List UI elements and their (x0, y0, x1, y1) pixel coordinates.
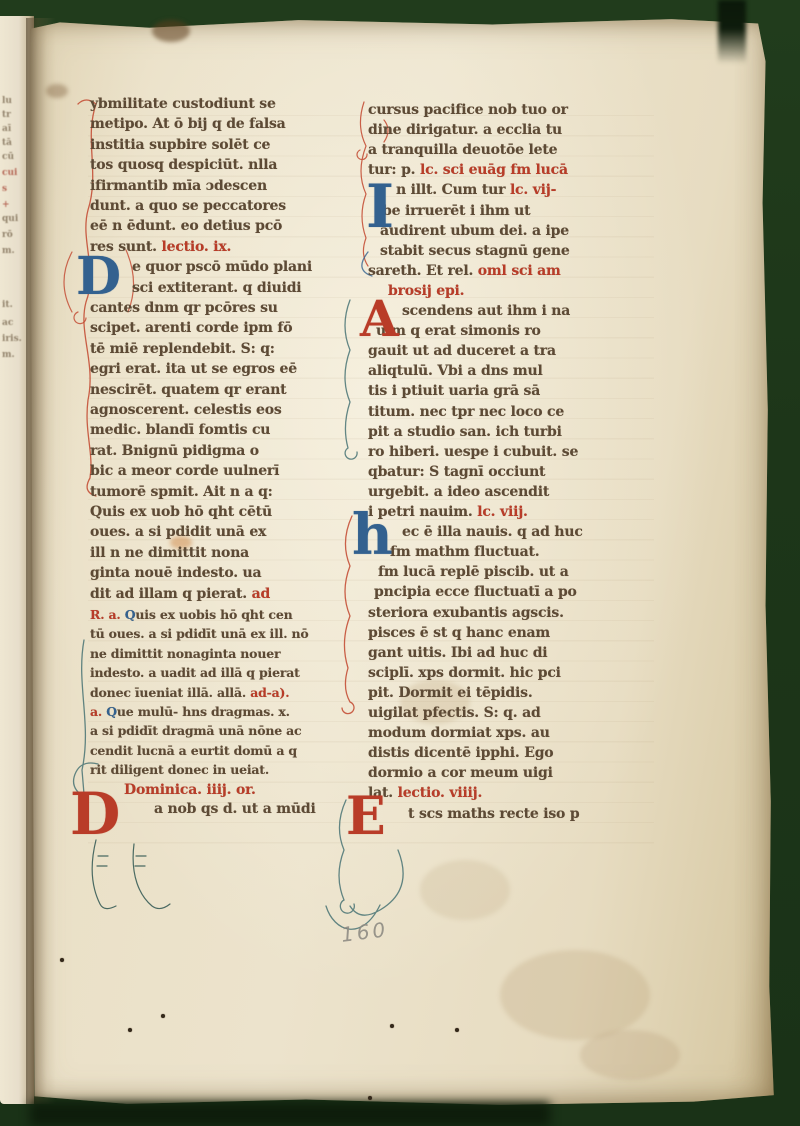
text-run: dormio a cor meum uigi (368, 765, 553, 781)
text-line: rit diligent donec in ueiat. (90, 762, 269, 777)
text-line: steriora exubantis agscis. (368, 605, 564, 621)
text-line: ybmilitate custodiunt se (90, 96, 276, 112)
text-run: a nob qs d. ut a mūdi (154, 801, 316, 817)
fore-edge-mark: m. (2, 246, 24, 256)
text-line: ne dimittit nonaginta nouer (90, 646, 280, 661)
text-run: tū oues. a si pdidīt unā ex ill. nō (90, 626, 309, 641)
text-run: pncipia ecce fluctuatī a po (374, 584, 577, 600)
text-run: medic. blandī fomtis cu (90, 422, 270, 438)
text-run: Quis ex uob hō qht cētū (90, 504, 272, 520)
text-line: gant uitis. Ibi ad huc di (368, 645, 547, 661)
text-run: stabit secus stagnū gene (380, 243, 570, 259)
text-line: sciplī. xps dormit. hic pci (368, 665, 561, 681)
text-line: sci extiterant. q diuidi (132, 280, 301, 296)
text-run: ifirmantib mīa ɔdescen (90, 178, 267, 194)
text-run: titum. nec tpr nec loco ce (368, 404, 564, 420)
text-run: lc. vij- (510, 182, 556, 198)
text-run: lectio. viiij. (398, 785, 483, 801)
text-line: pncipia ecce fluctuatī a po (374, 584, 577, 600)
text-run: audirent ubum dei. a ipe (380, 223, 569, 239)
text-line: ifirmantib mīa ɔdescen (90, 178, 267, 194)
text-run: ybmilitate custodiunt se (90, 96, 276, 112)
fore-edge-mark: qui (2, 214, 24, 224)
text-run: qbatur: S tagnī occiunt (368, 464, 545, 480)
text-line: qbatur: S tagnī occiunt (368, 464, 545, 480)
text-line: pit a studio san. ich turbi (368, 424, 562, 440)
text-line: tur: p. lc. sci euāg fm lucā (368, 162, 568, 178)
text-line: Quis ex uob hō qht cētū (90, 504, 272, 520)
text-line: scendens aut ihm i na (402, 303, 570, 319)
text-line: agnoscerent. celestis eos (90, 402, 282, 418)
text-line: brosij epi. (388, 283, 464, 299)
fore-edge-mark: iris. (2, 334, 24, 344)
text-run: agnoscerent. celestis eos (90, 402, 282, 418)
text-run: a. (90, 704, 106, 719)
text-run: cursus pacifice nob tuo or (368, 102, 568, 118)
text-run: Q (125, 607, 136, 622)
text-run: fm lucā replē piscib. ut a (378, 564, 569, 580)
text-run: egri erat. ita ut se egros eē (90, 361, 297, 377)
text-line: dine dirigatur. a ecclia tu (368, 122, 562, 138)
text-line: dit ad illam q pierat. ad (90, 586, 270, 602)
text-run: sci extiterant. q diuidi (132, 280, 301, 296)
text-line: fm mathm fluctuat. (390, 544, 539, 560)
text-line: oues. a si pdidit unā ex (90, 524, 266, 540)
text-line: stabit secus stagnū gene (380, 243, 570, 259)
text-run: oml sci am (478, 263, 561, 279)
stain (46, 84, 68, 98)
text-line: aliqtulū. Vbi a dns mul (368, 363, 543, 379)
text-run: nescirēt. quatem qr erant (90, 382, 286, 398)
text-run: pit a studio san. ich turbi (368, 424, 562, 440)
text-run: tos quosq despiciūt. nlla (90, 157, 277, 173)
text-run: e quor pscō mūdo plani (132, 259, 312, 275)
text-line: urgebit. a ideo ascendit (368, 484, 549, 500)
text-run: distis dicentē ipphi. Ego (368, 745, 553, 761)
text-run: ec ē illa nauis. q ad huc (402, 524, 583, 540)
text-line: institia supbire solēt ce (90, 137, 270, 153)
text-run: uim q erat simonis ro (376, 323, 541, 339)
text-run: urgebit. a ideo ascendit (368, 484, 549, 500)
text-line: tū oues. a si pdidīt unā ex ill. nō (90, 626, 309, 641)
text-run: ginta nouē indesto. ua (90, 565, 261, 581)
initial-D-blue: D (76, 254, 121, 301)
wormhole (60, 958, 64, 962)
text-run: dunt. a quo se peccatores (90, 198, 286, 214)
text-run: pisces ē st q hanc enam (368, 625, 550, 641)
fore-edge-mark: rō (2, 230, 24, 240)
stain (420, 860, 510, 920)
text-line: ec ē illa nauis. q ad huc (402, 524, 583, 540)
text-line: indesto. a uadit ad illā q pierat (90, 665, 300, 680)
text-line: a tranquilla deuotōe lete (368, 142, 557, 158)
text-run: metipo. At ō bij q de falsa (90, 116, 286, 132)
text-line: metipo. At ō bij q de falsa (90, 116, 286, 132)
text-run: lectio. ix. (162, 239, 232, 255)
fore-edge-mark: lu (2, 96, 24, 106)
wormhole (390, 1024, 394, 1028)
gutter-shadow (26, 18, 56, 1104)
text-run: dit ad illam q pierat. (90, 586, 252, 602)
text-line: dunt. a quo se peccatores (90, 198, 286, 214)
book-bottom-shadow (30, 1102, 550, 1126)
text-line: Dominica. iiij. or. (124, 782, 256, 798)
text-line: R. a. Quis ex uobis hō qht cen (90, 607, 292, 622)
text-run: eē n ēdunt. eo detius pcō (90, 218, 282, 234)
text-line: rat. Bnignū pidigma o (90, 443, 259, 459)
wormhole (128, 1028, 132, 1032)
fore-edge-mark: aī (2, 124, 24, 134)
fore-edge-mark: cū (2, 152, 24, 162)
wormhole (455, 1028, 459, 1032)
text-run: ue mulū- hns dragmas. x. (117, 704, 290, 719)
text-run: ad-a). (250, 685, 289, 700)
text-line: ro hiberi. uespe i cubuit. se (368, 444, 578, 460)
text-line: pit. Dormit ei tēpidis. (368, 685, 533, 701)
fore-edge-mark: s (2, 184, 24, 194)
text-line: t scs maths recte iso p (408, 806, 579, 822)
text-run: institia supbire solēt ce (90, 137, 270, 153)
text-run: bic a meor corde uulnerī (90, 463, 279, 479)
text-run: lc. sci euāg fm lucā (420, 162, 568, 178)
text-run: tē miē replendebit. S: q: (90, 341, 275, 357)
text-run: uis ex uobis hō qht cen (135, 607, 292, 622)
text-line: audirent ubum dei. a ipe (380, 223, 569, 239)
text-run: ne dimittit nonaginta nouer (90, 646, 280, 661)
fore-edge-mark: it. (2, 300, 24, 310)
text-run: indesto. a uadit ad illā q pierat (90, 665, 300, 680)
text-line: ill n ne dimittit nona (90, 545, 249, 561)
text-line: dormio a cor meum uigi (368, 765, 553, 781)
text-run: fm mathm fluctuat. (390, 544, 539, 560)
stain (152, 20, 190, 42)
text-run: oues. a si pdidit unā ex (90, 524, 266, 540)
text-line: e quor pscō mūdo plani (132, 259, 312, 275)
text-line: eē n ēdunt. eo detius pcō (90, 218, 282, 234)
initial-D-red: D (70, 788, 120, 840)
text-line: tē miē replendebit. S: q: (90, 341, 275, 357)
text-run: brosij epi. (388, 283, 464, 299)
text-run: n illt. Cum tur (396, 182, 510, 198)
text-line: bic a meor corde uulnerī (90, 463, 279, 479)
text-line: nescirēt. quatem qr erant (90, 382, 286, 398)
text-run: tis i ptiuit uaria grā sā (368, 383, 540, 399)
text-line: tos quosq despiciūt. nlla (90, 157, 277, 173)
initial-h-blue: h (352, 510, 393, 560)
text-line: cendit lucnā a eurtit domū a q (90, 743, 297, 758)
fore-edge-mark: tr (2, 110, 24, 120)
text-line: cursus pacifice nob tuo or (368, 102, 568, 118)
text-run: uigilat pfectis. S: q. ad (368, 705, 541, 721)
text-run: Q (106, 704, 117, 719)
text-run: steriora exubantis agscis. (368, 605, 564, 621)
text-run: cendit lucnā a eurtit domū a q (90, 743, 297, 758)
stain (580, 1030, 680, 1080)
text-line: donec īueniat illā. allā. ad-a). (90, 685, 289, 700)
text-line: uim q erat simonis ro (376, 323, 541, 339)
text-run: aliqtulū. Vbi a dns mul (368, 363, 543, 379)
text-run: sciplī. xps dormit. hic pci (368, 665, 561, 681)
book-strap-shadow (718, 0, 746, 64)
fore-edge-mark: cui (2, 168, 24, 178)
text-run: ad (252, 586, 270, 602)
text-run: ill n ne dimittit nona (90, 545, 249, 561)
text-run: rit diligent donec in ueiat. (90, 762, 269, 777)
fore-edge-mark: m. (2, 350, 24, 360)
wormhole (161, 1014, 165, 1018)
text-run: scipet. arenti corde ipm fō (90, 320, 292, 336)
text-run: donec īueniat illā. allā. (90, 685, 250, 700)
initial-E-red: E (346, 794, 386, 841)
text-run: scendens aut ihm i na (402, 303, 570, 319)
fore-edge-mark: tā (2, 138, 24, 148)
text-line: tumorē spmit. Ait n a q: (90, 484, 273, 500)
text-line: medic. blandī fomtis cu (90, 422, 270, 438)
text-run: be irruerēt i ihm ut (382, 203, 530, 219)
fore-edge-mark: ac (2, 318, 24, 328)
text-line: uigilat pfectis. S: q. ad (368, 705, 541, 721)
text-run: modum dormiat xps. au (368, 725, 550, 741)
text-run: R. a. (90, 607, 125, 622)
text-run: gant uitis. Ibi ad huc di (368, 645, 547, 661)
initial-A-red: A (360, 296, 399, 341)
text-run: pit. Dormit ei tēpidis. (368, 685, 533, 701)
text-line: a nob qs d. ut a mūdi (154, 801, 316, 817)
text-run: a tranquilla deuotōe lete (368, 142, 557, 158)
manuscript-photo: lutraītācūcuis+quirōm.it.aciris.m. ybmil… (0, 0, 800, 1126)
text-run: sareth. Et rel. (368, 263, 478, 279)
wormhole (368, 1096, 372, 1100)
text-run: lc. viij. (477, 504, 528, 520)
text-line: fm lucā replē piscib. ut a (378, 564, 569, 580)
text-line: ginta nouē indesto. ua (90, 565, 261, 581)
stain (500, 950, 650, 1040)
text-line: be irruerēt i ihm ut (382, 203, 530, 219)
text-line: scipet. arenti corde ipm fō (90, 320, 292, 336)
text-run: tumorē spmit. Ait n a q: (90, 484, 273, 500)
fore-edge-mark: + (2, 200, 24, 210)
text-line: modum dormiat xps. au (368, 725, 550, 741)
text-run: ro hiberi. uespe i cubuit. se (368, 444, 578, 460)
text-run: dine dirigatur. a ecclia tu (368, 122, 562, 138)
text-run: rat. Bnignū pidigma o (90, 443, 259, 459)
text-line: pisces ē st q hanc enam (368, 625, 550, 641)
text-run: Dominica. iiij. or. (124, 782, 256, 798)
text-line: egri erat. ita ut se egros eē (90, 361, 297, 377)
initial-I-blue: I (366, 180, 394, 234)
text-run: t scs maths recte iso p (408, 806, 579, 822)
text-line: n illt. Cum tur lc. vij- (396, 182, 556, 198)
text-line: a. Que mulū- hns dragmas. x. (90, 704, 290, 719)
text-line: distis dicentē ipphi. Ego (368, 745, 553, 761)
text-line: titum. nec tpr nec loco ce (368, 404, 564, 420)
text-line: sareth. Et rel. oml sci am (368, 263, 561, 279)
text-line: tis i ptiuit uaria grā sā (368, 383, 540, 399)
text-line: a si pdidīt dragmā unā nōne ac (90, 723, 301, 738)
text-run: a si pdidīt dragmā unā nōne ac (90, 723, 301, 738)
